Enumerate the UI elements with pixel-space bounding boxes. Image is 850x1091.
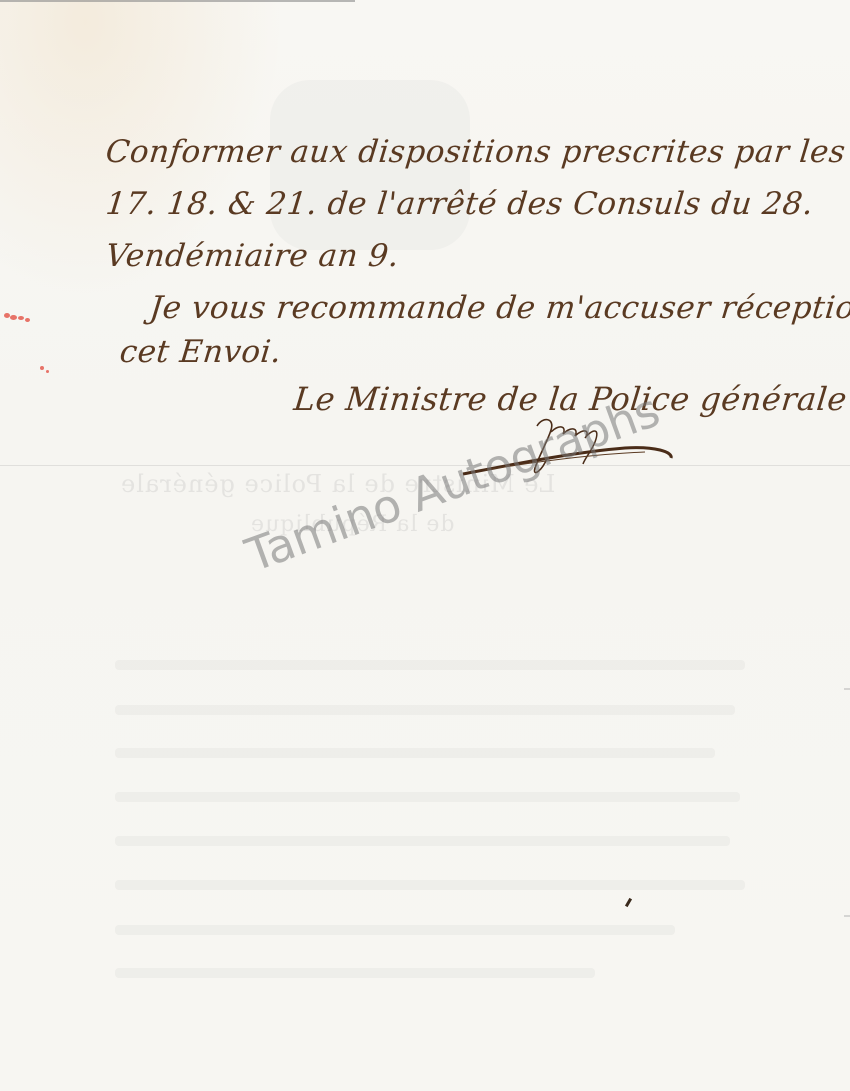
red-speck	[40, 366, 44, 370]
red-speck	[10, 315, 17, 320]
red-speck	[25, 318, 30, 322]
edge-nick	[844, 688, 850, 690]
bleed-through-line	[115, 968, 595, 978]
bleed-through-line	[115, 925, 675, 935]
bleed-through-line	[115, 836, 730, 846]
bleed-through-line	[115, 792, 740, 802]
red-speck	[46, 370, 49, 373]
scan-top-edge	[0, 0, 355, 2]
edge-nick	[844, 915, 850, 917]
letter-line-3: Vendémiaire an 9.	[104, 238, 401, 274]
letter-line-2: 17. 18. & 21. de l'arrêté des Consuls du…	[104, 186, 815, 222]
bleed-through-line	[115, 660, 745, 670]
letter-line-1: Conformer aux dispositions prescrites pa…	[104, 134, 850, 170]
bleed-through-line	[115, 748, 715, 758]
letter-line-5: cet Envoi.	[118, 334, 283, 370]
red-speck	[18, 316, 24, 320]
letter-line-4: Je vous recommande de m'accuser réceptio…	[148, 290, 850, 326]
bleed-through-line	[115, 880, 745, 890]
bleed-through-line	[115, 705, 735, 715]
